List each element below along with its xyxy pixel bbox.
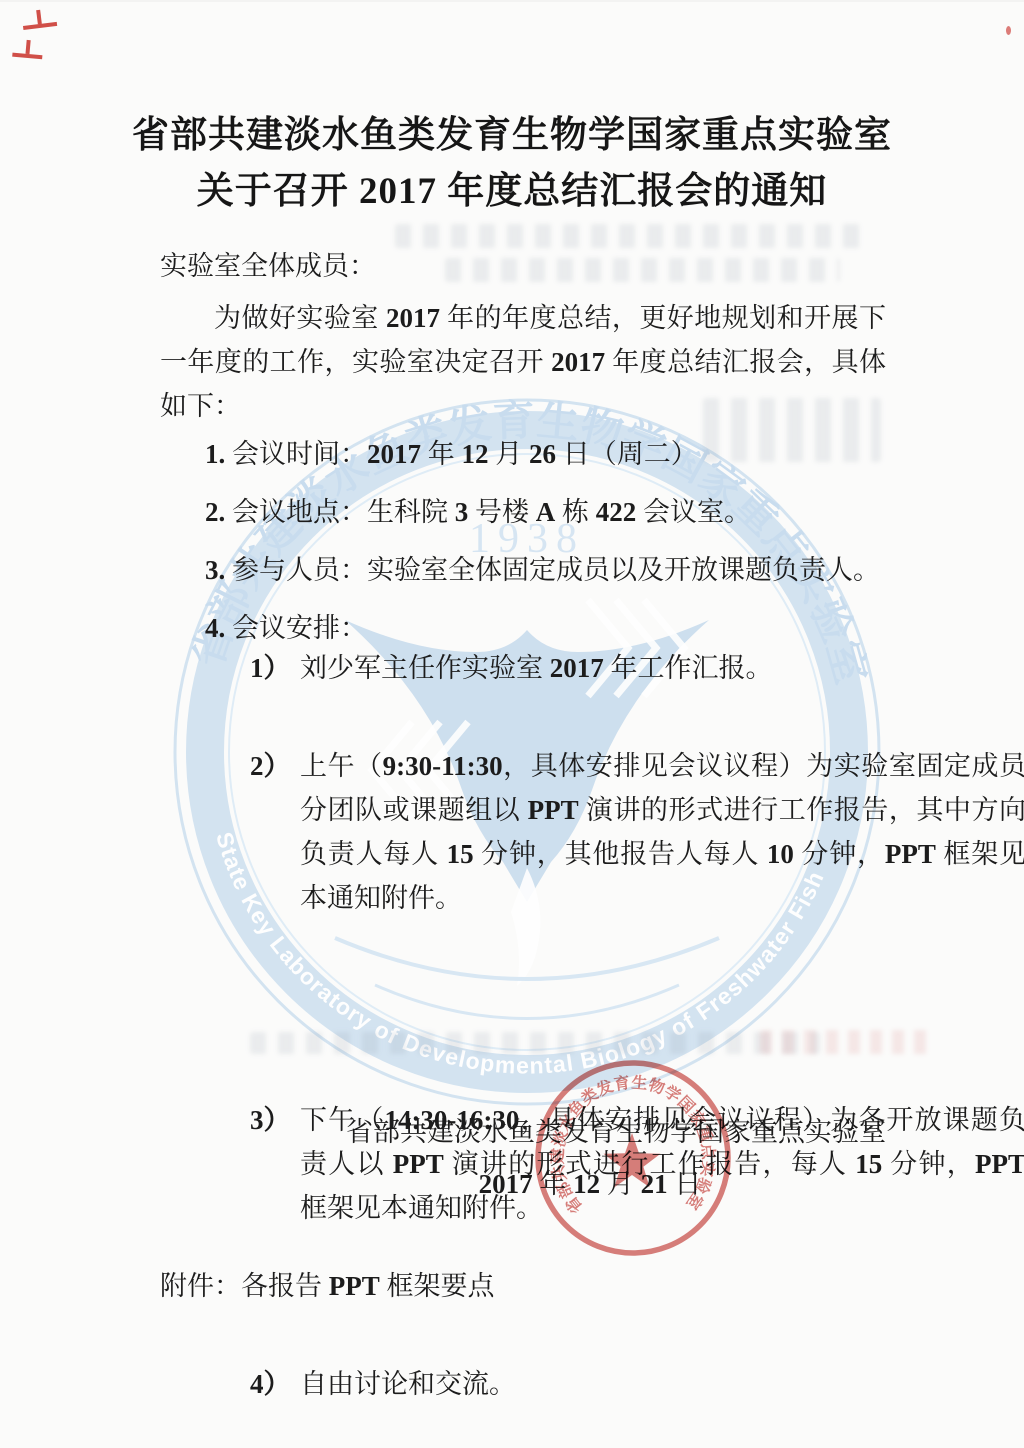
text-segment: 栋 bbox=[555, 497, 596, 527]
text-segment: PPT bbox=[329, 1271, 380, 1301]
text-segment: 为做好实验室 bbox=[214, 303, 386, 333]
text-segment: 日（周二） bbox=[556, 439, 698, 469]
text-segment: 上午（ bbox=[300, 751, 383, 781]
text-segment: 会议安排： bbox=[232, 613, 367, 643]
sub-item-1-text: 刘少军主任作实验室 2017 年工作汇报。 bbox=[300, 653, 773, 683]
notice-title-line2: 关于召开 2017 年度总结汇报会的通知 bbox=[0, 160, 1024, 214]
text-segment: 会议地点：生科院 bbox=[232, 497, 455, 527]
sub-item-2: 2） 上午（9:30-11:30，具体安排见会议议程）为实验室固定成员分团队或课… bbox=[160, 744, 1024, 920]
intro-paragraph: 为做好实验室 2017 年的年度总结，更好地规划和开展下一年度的工作，实验室决定… bbox=[160, 296, 886, 428]
notice-title-line1: 省部共建淡水鱼类发育生物学国家重点实验室 bbox=[0, 104, 1024, 158]
sub-item-2-text: 上午（9:30-11:30，具体安排见会议议程）为实验室固定成员分团队或课题组以… bbox=[300, 751, 1024, 913]
scanned-notice-page: { "document": { "title": { "line1": "省部共… bbox=[0, 0, 1024, 1448]
text-segment: 刘少军主任作实验室 bbox=[300, 653, 550, 683]
text-segment: 3. bbox=[205, 555, 232, 585]
sub-item-1-number: 1） bbox=[250, 646, 291, 690]
red-corner-mark-1 bbox=[21, 4, 57, 30]
scan-artifact-line bbox=[0, 0, 1024, 2]
sub-item-4: 4） 自由讨论和交流。 bbox=[160, 1362, 1024, 1406]
text-segment: 日 bbox=[668, 1169, 702, 1199]
text-segment: 2017 bbox=[386, 303, 440, 333]
list-item-3: 3. 参与人员：实验室全体固定成员以及开放课题负责人。 bbox=[160, 548, 931, 592]
signature-date: 2017 年 12 月 21 日 bbox=[330, 1166, 850, 1202]
text-segment: 10 bbox=[767, 839, 794, 869]
bleedthrough-smudge-5 bbox=[760, 1030, 930, 1054]
list-item-2: 2. 会议地点：生科院 3 号楼 A 栋 422 会议室。 bbox=[160, 490, 931, 534]
list-item-4: 4. 会议安排： bbox=[160, 606, 931, 650]
signature-org: 省部共建淡水鱼类发育生物学国家重点实验室 bbox=[160, 1110, 892, 1154]
text-segment: 附件：各报告 bbox=[160, 1271, 329, 1301]
sub-item-2-number: 2） bbox=[250, 744, 291, 788]
text-segment: 2017 bbox=[551, 347, 605, 377]
notice-body: 省部共建淡水鱼类发育生物学国家重点实验室 关于召开 2017 年度总结汇报会的通… bbox=[0, 0, 1024, 1448]
text-segment: 1. bbox=[205, 439, 232, 469]
text-segment: 会议时间： bbox=[232, 439, 367, 469]
text-segment: 年工作汇报。 bbox=[604, 653, 773, 683]
text-segment: 422 bbox=[596, 497, 637, 527]
text-segment: PPT bbox=[885, 839, 936, 869]
text-segment: 2017 bbox=[479, 1169, 533, 1199]
text-segment: 3 bbox=[455, 497, 469, 527]
text-segment: 26 bbox=[529, 439, 556, 469]
text-segment: 9:30-11:30 bbox=[383, 751, 503, 781]
bleedthrough-smudge-2 bbox=[445, 258, 840, 282]
list-item-1: 1. 会议时间：2017 年 12 月 26 日（周二） bbox=[160, 432, 931, 476]
text-segment: 月 bbox=[600, 1169, 641, 1199]
text-segment: 12 bbox=[573, 1169, 600, 1199]
bleedthrough-smudge-1 bbox=[395, 224, 865, 248]
red-speck bbox=[1006, 26, 1011, 35]
text-segment: 自由讨论和交流。 bbox=[300, 1369, 516, 1399]
sub-item-1: 1） 刘少军主任作实验室 2017 年工作汇报。 bbox=[160, 646, 1024, 690]
text-segment: 会议室。 bbox=[636, 497, 751, 527]
text-segment: PPT bbox=[975, 1149, 1024, 1179]
text-segment: 12 bbox=[462, 439, 489, 469]
sub-item-4-number: 4） bbox=[250, 1362, 291, 1406]
text-segment: 年 bbox=[533, 1169, 574, 1199]
text-segment: 15 bbox=[447, 839, 474, 869]
text-segment: 2. bbox=[205, 497, 232, 527]
text-segment: 分钟， bbox=[882, 1149, 975, 1179]
bleedthrough-smudge-4 bbox=[250, 1032, 820, 1054]
text-segment: 2017 bbox=[550, 653, 604, 683]
red-corner-mark-2 bbox=[12, 37, 44, 60]
text-segment: 分钟， bbox=[794, 839, 885, 869]
text-segment: 2017 bbox=[367, 439, 421, 469]
sub-item-4-text: 自由讨论和交流。 bbox=[300, 1369, 516, 1399]
text-segment: PPT bbox=[528, 795, 579, 825]
attachment-note: 附件：各报告 PPT 框架要点 bbox=[160, 1268, 495, 1304]
text-segment: 框架要点 bbox=[380, 1271, 495, 1301]
text-segment: A bbox=[536, 497, 556, 527]
text-segment: 分钟，其他报告人每人 bbox=[474, 839, 767, 869]
text-segment: 月 bbox=[489, 439, 530, 469]
text-segment: 年 bbox=[421, 439, 462, 469]
text-segment: 号楼 bbox=[468, 497, 536, 527]
text-segment: 参与人员：实验室全体固定成员以及开放课题负责人。 bbox=[232, 555, 880, 585]
text-segment: 4. bbox=[205, 613, 232, 643]
text-segment: 21 bbox=[641, 1169, 668, 1199]
salutation: 实验室全体成员： bbox=[160, 248, 376, 284]
